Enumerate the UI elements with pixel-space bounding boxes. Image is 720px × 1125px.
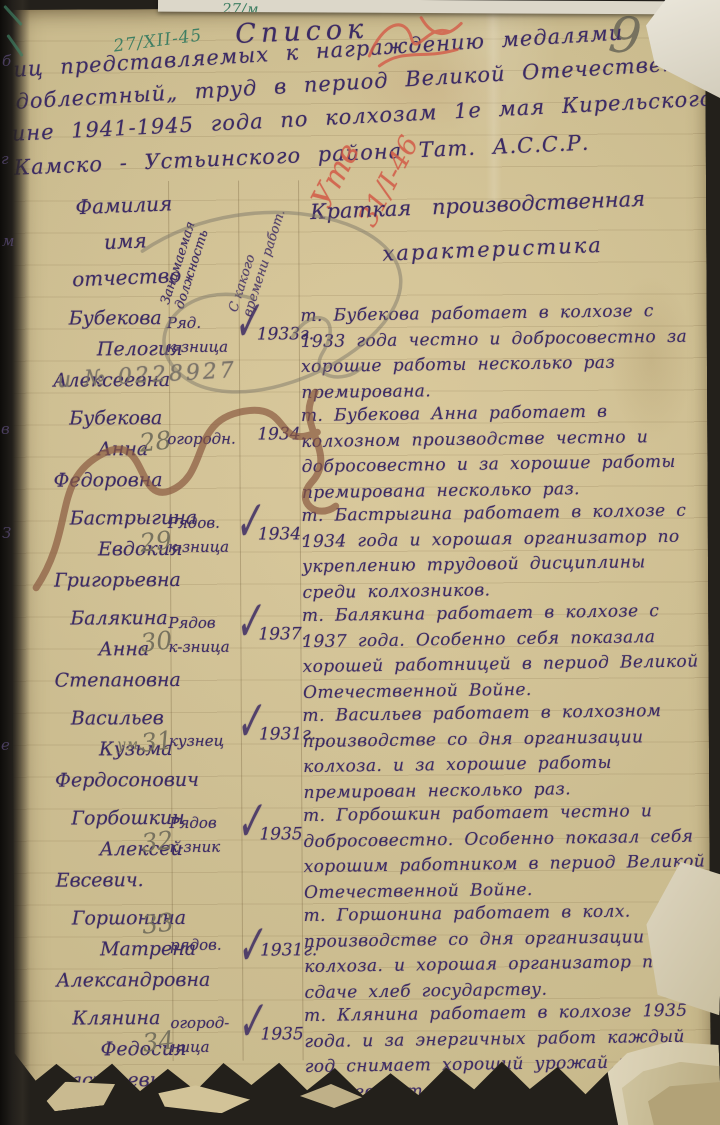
checkmark: ✓: [234, 990, 268, 1055]
spine-text-fragment: м: [2, 232, 14, 250]
column-header-characteristic: Краткая производственная: [310, 187, 646, 224]
table-row: Горбошкин Алексей Евсевич. 32 Рядов к-зн…: [13, 798, 710, 902]
table-row: Бубекова Анна Федоровна 28 огородн. 1934…: [11, 398, 708, 502]
year-cell: 1935: [260, 1024, 303, 1044]
patronymic: Евсевич.: [54, 865, 234, 897]
position-cell: огород- ница: [170, 1011, 244, 1059]
year-cell: 1937.: [258, 624, 307, 644]
patronymic: Федоровна: [52, 465, 232, 497]
spine-text-fragment: б: [2, 52, 11, 70]
characteristic-cell: т. Горбошкин работает честно и добросове…: [303, 798, 706, 906]
spine-text-fragment: е: [1, 736, 10, 754]
year-cell: 1934.: [257, 424, 306, 444]
document-page: 27/XII-45 Список 9 иц представляемых к н…: [9, 6, 711, 1114]
table-row: Бастрыгина Евдокия Григорьевна 29 Рядов.…: [12, 498, 709, 602]
year-cell: 1935: [259, 824, 302, 844]
characteristic-cell: т. Бастрыгина работает в колхозе с 1934 …: [301, 498, 704, 606]
patronymic: Григорьевна: [52, 565, 232, 597]
checkmark: ✓: [231, 490, 265, 555]
table-row: Горшонина Матрена Александровна 33 рядов…: [14, 898, 711, 1002]
table-row: Клянина Федосия Васильевна 34 огород- ни…: [14, 998, 711, 1102]
position-cell: огородн.: [167, 427, 241, 451]
spine-text-fragment: З: [2, 524, 11, 542]
table-row: Балякина Анна Степановна 30 Рядов к-зниц…: [12, 598, 709, 702]
patronymic: Александровна: [54, 965, 234, 997]
checkmark: ✓: [232, 690, 266, 755]
scan-background: 27/XII-45 Список 9 иц представляемых к н…: [0, 0, 720, 1125]
checkmark: ✓: [233, 790, 267, 855]
year-cell: 1934.: [258, 524, 307, 544]
position-cell: рядов.: [170, 933, 244, 957]
position-cell: Ряд. к-зница: [167, 311, 241, 359]
table-row: Бубекова Пелогия Алексеевна Ряд. к-зница…: [11, 298, 708, 402]
position-cell: Рядов к-зница: [168, 611, 242, 659]
characteristic-cell: т. Горшонина работает в колх. производст…: [303, 898, 706, 1006]
position-cell: кузнец: [169, 729, 243, 753]
pencil-deceased-note: ум.: [117, 735, 143, 753]
torn-paper-bit: [157, 1083, 251, 1115]
position-cell: Рядов. к-зница: [168, 511, 242, 559]
column-header-characteristic: характеристика: [382, 233, 603, 266]
binding-gutter: [0, 0, 30, 1125]
spine-text-fragment: в: [1, 420, 10, 438]
characteristic-cell: т. Бубекова работает в колхозе с 1933 го…: [300, 298, 703, 406]
characteristic-cell: т. Балякина работает в колхозе с 1937 го…: [302, 598, 705, 706]
position-cell: Рядов к-зник: [169, 811, 243, 859]
patronymic: Степановна: [53, 665, 233, 697]
patronymic: Фердосонович: [53, 765, 233, 797]
checkmark: ✓: [230, 290, 264, 355]
characteristic-cell: т. Васильев работает в колхозном произво…: [302, 698, 705, 806]
characteristic-cell: т. Бубекова Анна работает в колхозном пр…: [301, 398, 704, 506]
checkmark: ✓: [232, 590, 266, 655]
table-row: Васильев Кузьма Фердосонович 31 ум. кузн…: [13, 698, 710, 802]
spine-text-fragment: г: [1, 150, 9, 168]
